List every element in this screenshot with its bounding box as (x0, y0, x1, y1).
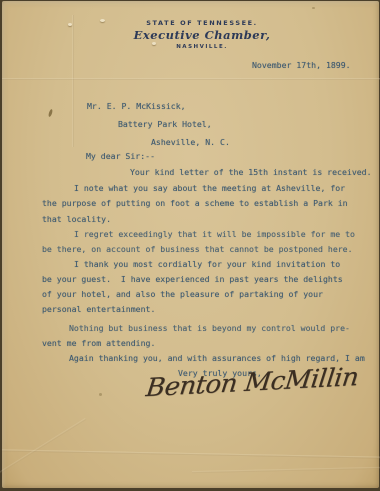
letter-photograph: STATE OF TENNESSEE. Executive Chamber, N… (0, 0, 380, 491)
fold-crease-top (2, 78, 380, 80)
signature-handwriting: Benton McMillin (144, 360, 380, 402)
paper-speck (99, 393, 102, 396)
letterhead-state-line: STATE OF TENNESSEE. (102, 19, 302, 27)
body-line: I thank you most cordially for your kind… (74, 259, 340, 270)
letterhead: STATE OF TENNESSEE. Executive Chamber, N… (102, 19, 302, 50)
body-line: personal entertainment. (42, 304, 155, 315)
body-line: be there, on account of business that ca… (42, 244, 353, 255)
body-line: of your hotel, and also the pleasure of … (42, 289, 323, 300)
body-line: be your guest. I have experienced in pas… (42, 274, 343, 285)
body-line: I regret exceedingly that it will be imp… (74, 229, 355, 240)
salutation: My dear Sir:-- (86, 151, 155, 162)
body-line: Nothing but business that is beyond my c… (69, 323, 350, 334)
body-line: Again thanking you, and with assurances … (69, 353, 365, 364)
paper-speck (312, 7, 315, 9)
fold-crease-bottom (2, 449, 380, 458)
date-line: November 17th, 1899. (252, 60, 351, 71)
body-line: the purpose of putting on foot a scheme … (42, 198, 348, 209)
body-line: that locality. (42, 214, 111, 225)
recipient-city: Asheville, N. C. (151, 137, 230, 148)
fold-crease-vertical (72, 15, 74, 147)
letter-paper: STATE OF TENNESSEE. Executive Chamber, N… (2, 1, 379, 488)
fold-crease-bottom-right (192, 467, 380, 473)
recipient-name: Mr. E. P. McKissick, (87, 101, 186, 112)
letterhead-office-line: Executive Chamber, (102, 28, 302, 42)
body-line: vent me from attending. (42, 338, 155, 349)
paper-blemish (48, 109, 53, 118)
paper-speck (68, 23, 72, 26)
body-line: I note what you say about the meeting at… (74, 183, 345, 194)
recipient-hotel: Battery Park Hotel, (118, 119, 212, 130)
letterhead-city-line: NASHVILLE. (102, 44, 302, 50)
fold-crease-diagonal (0, 418, 86, 478)
body-line: Your kind letter of the 15th instant is … (130, 167, 372, 178)
